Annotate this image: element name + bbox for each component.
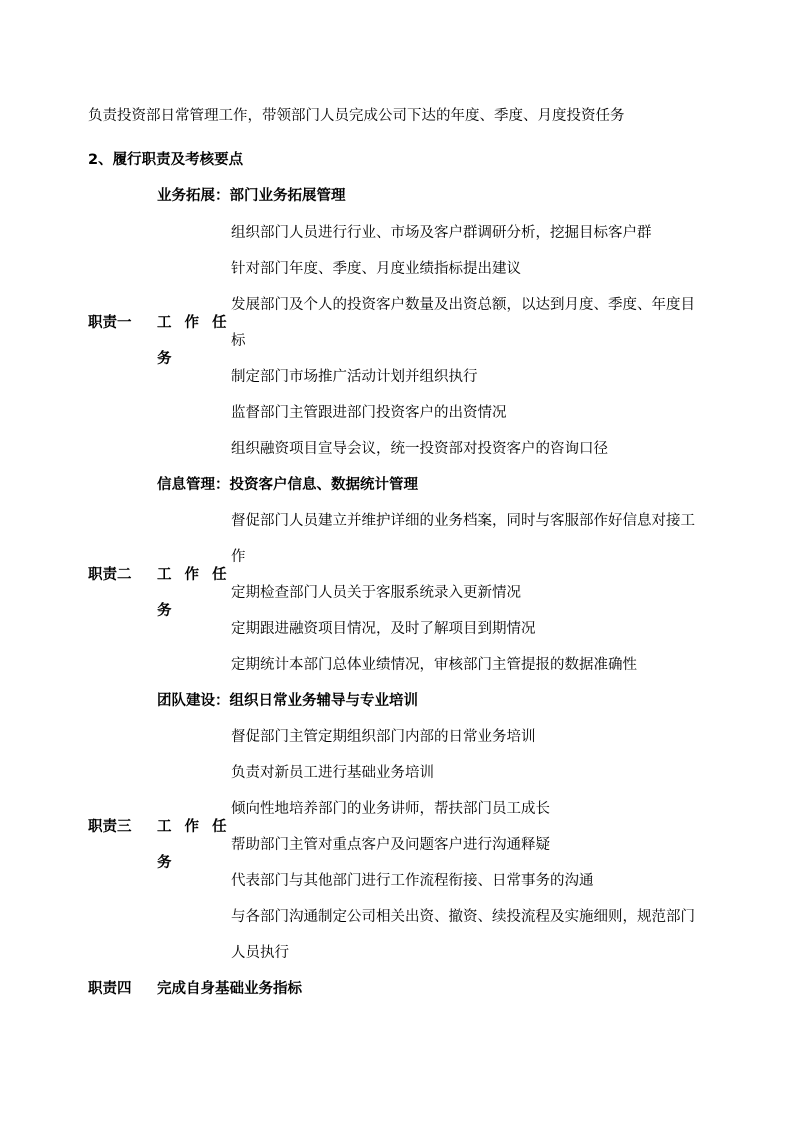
duty-1-task: 监督部门主管跟进部门投资客户的出资情况	[231, 404, 507, 422]
duty-2-task: 定期跟进融资项目情况，及时了解项目到期情况	[231, 620, 536, 638]
duty-4-label: 职责四	[88, 980, 132, 998]
duty-3-label: 职责三	[88, 818, 132, 836]
duty-1-task: 组织融资项目宣导会议，统一投资部对投资客户的咨询口径	[231, 440, 608, 458]
section-heading: 2、履行职责及考核要点	[88, 151, 243, 169]
duty-3-task: 人员执行	[231, 944, 289, 962]
duty-1-task: 标	[231, 332, 246, 350]
duty-2-section-title: 信息管理：投资客户信息、数据统计管理	[157, 476, 418, 494]
duty-1-work-task-label: 工 作 任	[157, 314, 231, 332]
duty-1-section-title: 业务拓展：部门业务拓展管理	[157, 187, 346, 205]
duty-3-work-task-label: 工 作 任	[157, 818, 231, 836]
duty-3-task: 与各部门沟通制定公司相关出资、撤资、续投流程及实施细则，规范部门	[231, 908, 695, 926]
duty-2-task: 定期统计本部门总体业绩情况，审核部门主管提报的数据准确性	[231, 656, 637, 674]
duty-3-work-task-label-cont: 务	[157, 854, 176, 872]
duty-2-task: 作	[231, 548, 246, 566]
duty-4-section-title: 完成自身基础业务指标	[157, 980, 302, 998]
duty-1-task: 组织部门人员进行行业、市场及客户群调研分析，挖掘目标客户群	[231, 224, 652, 242]
duty-3-task: 督促部门主管定期组织部门内部的日常业务培训	[231, 728, 536, 746]
duty-1-task: 制定部门市场推广活动计划并组织执行	[231, 368, 478, 386]
duty-2-label: 职责二	[88, 566, 132, 584]
duty-3-task: 帮助部门主管对重点客户及问题客户进行沟通释疑	[231, 836, 550, 854]
duty-1-work-task-label-cont: 务	[157, 350, 176, 368]
duty-3-task: 负责对新员工进行基础业务培训	[231, 764, 434, 782]
duty-2-task: 督促部门人员建立并维护详细的业务档案，同时与客服部作好信息对接工	[231, 512, 695, 530]
duty-1-label: 职责一	[88, 314, 132, 332]
duty-3-task: 代表部门与其他部门进行工作流程衔接、日常事务的沟通	[231, 872, 594, 890]
duty-1-task: 发展部门及个人的投资客户数量及出资总额，以达到月度、季度、年度目	[231, 296, 695, 314]
intro-paragraph: 负责投资部日常管理工作，带领部门人员完成公司下达的年度、季度、月度投资任务	[88, 107, 625, 125]
duty-2-work-task-label: 工 作 任	[157, 566, 231, 584]
duty-3-section-title: 团队建设：组织日常业务辅导与专业培训	[157, 692, 418, 710]
duty-2-task: 定期检查部门人员关于客服系统录入更新情况	[231, 584, 521, 602]
duty-3-task: 倾向性地培养部门的业务讲师，帮扶部门员工成长	[231, 800, 550, 818]
duty-2-work-task-label-cont: 务	[157, 602, 176, 620]
duty-1-task: 针对部门年度、季度、月度业绩指标提出建议	[231, 260, 521, 278]
